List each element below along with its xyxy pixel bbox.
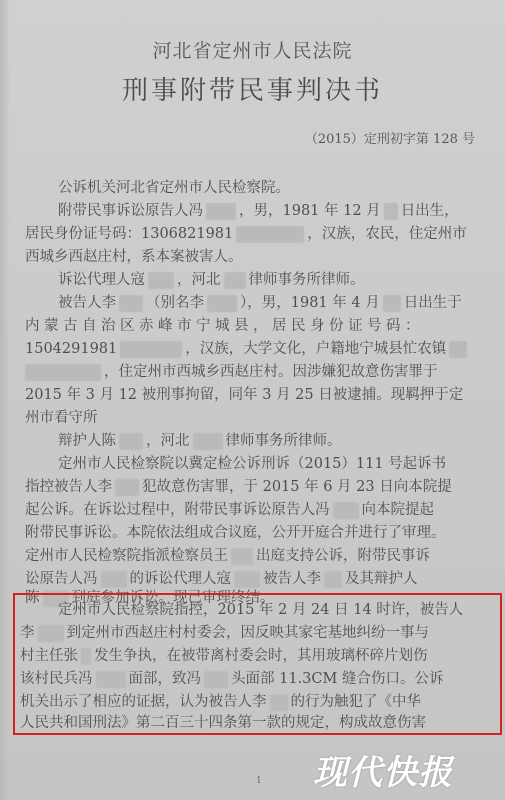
case-number: （2015）定刑初字第 128 号: [305, 128, 475, 147]
text: 李: [20, 625, 35, 641]
defendant-line-2: 内蒙古自治区赤峰市宁城县，居民身份证号码：: [25, 316, 485, 336]
highlight-line-1: 定州市人民检察院指控，2015 年 2 月 24 日 14 时许，被告人: [58, 600, 485, 620]
text: 诉讼代理人寇: [58, 272, 145, 288]
procedure-line-1: 定州市人民检察院以冀定检公诉刑诉（2015）111 号起诉书: [58, 454, 485, 474]
page-edge-shadow: [0, 0, 10, 800]
redaction-block: [81, 648, 91, 665]
highlight-line-4: 该村民兵冯面部，致冯头面部 11.3CM 缝合伤口。公诉: [20, 669, 480, 689]
redaction-block: [207, 295, 237, 312]
redaction-block: [270, 694, 288, 711]
defendant-line-6: 州市看守所: [25, 408, 485, 428]
redaction-block: [206, 203, 236, 220]
redaction-block: [119, 295, 143, 312]
text: ，河北: [146, 433, 190, 449]
procedure-line-2: 指控被告人李犯故意伤害罪，于 2015 年 6 月 23 日向本院提: [25, 477, 485, 497]
plaintiff-line-3: 西城乡西赵庄村，系本案被害人。: [25, 247, 485, 267]
defendant-line-3: 1504291981，汉族，大学文化，户籍地宁城县忙农镇: [25, 339, 485, 359]
text: 指控被告人李: [25, 479, 112, 495]
text: 该村民兵冯: [20, 671, 93, 687]
text: 的诉讼代理人寇: [130, 571, 232, 587]
redaction-block: [236, 226, 304, 243]
redaction-block: [101, 571, 127, 588]
text: 头面部 11.3CM 缝合伤口。公诉: [231, 671, 443, 687]
text: 到定州市西赵庄村村委会，因反映其家宅基地纠纷一事与: [67, 625, 430, 641]
text: 1504291981: [25, 341, 117, 357]
text: 发生争执，在被带离村委会时，其用玻璃杯碎片划伤: [94, 648, 428, 664]
text: 的行为触犯了《中华: [291, 694, 422, 710]
text: 定州市人民检察院指派检察员王: [25, 548, 228, 564]
text: 日出生，: [401, 203, 459, 219]
text: 律师事务所律师。: [249, 272, 365, 288]
redaction-block: [234, 571, 260, 588]
agent-line: 诉讼代理人寇，河北律师事务所律师。: [58, 270, 485, 290]
redaction-block: [119, 433, 143, 450]
prosecutor-line: 公诉机关河北省定州市人民检察院。: [58, 178, 485, 198]
text: 被告人李: [263, 571, 321, 587]
text: 向本院提起: [362, 502, 435, 518]
highlight-line-3: 村主任张发生争执，在被带离村委会时，其用玻璃杯碎片划伤: [20, 646, 480, 666]
text: 辩护人陈: [58, 433, 116, 449]
text: 犯故意伤害罪，于 2015 年 6 月 23 日向本院提: [142, 479, 452, 495]
text: ，汉族，大学文化，户籍地宁城县忙农镇: [185, 341, 446, 357]
court-name: 河北省定州市人民法院: [0, 36, 505, 63]
text: ），男，1981 年 4 月: [240, 295, 380, 311]
text: 面部，致冯: [129, 671, 202, 687]
text: 起公诉。在诉讼过程中，附带民事诉讼原告人冯: [25, 502, 330, 518]
text: 及其辩护人: [345, 571, 418, 587]
redaction-block: [148, 272, 174, 289]
redaction-block: [384, 203, 398, 220]
text: ，男，1981 年 12 月: [239, 203, 381, 219]
text: 出庭支持公诉，附带民事诉: [256, 548, 430, 564]
redaction-block: [96, 671, 126, 688]
plaintiff-line-2: 居民身份证号码：1306821981，汉族，农民，住定州市: [25, 224, 485, 244]
text: ，住定州市西城乡西赵庄村。因涉嫌犯故意伤害罪于: [104, 364, 438, 380]
redaction-block: [231, 548, 253, 565]
plaintiff-line-1: 附带民事诉讼原告人冯，男，1981 年 12 月日出生，: [58, 201, 485, 221]
redaction-block: [383, 295, 401, 312]
defendant-line-1: 被告人李（别名李），男，1981 年 4 月日出生于: [58, 293, 485, 313]
page-number: 1: [256, 776, 262, 786]
redaction-block: [224, 272, 246, 289]
procedure-line-6: 讼原告人冯的诉讼代理人寇被告人李及其辩护人: [25, 569, 485, 589]
redaction-block: [115, 479, 139, 496]
procedure-line-3: 起公诉。在诉讼过程中，附带民事诉讼原告人冯向本院提起: [25, 500, 485, 520]
redaction-block: [449, 341, 467, 358]
procedure-line-4: 附带民事诉讼。本院依法组成合议庭，公开开庭合并进行了审理。: [25, 523, 485, 543]
redaction-block: [333, 502, 359, 519]
text: 附带民事诉讼原告人冯: [58, 203, 203, 219]
highlight-line-6: 人民共和国刑法》第二百三十四条第一款的规定，构成故意伤害: [20, 713, 480, 733]
redaction-block: [324, 571, 342, 588]
highlight-line-5: 机关出示了相应的证据，认为被告人李的行为触犯了《中华: [20, 692, 480, 712]
scanned-document-page: 河北省定州市人民法院 刑事附带民事判决书 （2015）定刑初字第 128 号 公…: [0, 0, 505, 800]
text: 机关出示了相应的证据，认为被告人李: [20, 694, 267, 710]
defendant-line-5: 2015 年 3 月 12 被刑事拘留，同年 3 月 25 日被逮捕。现羁押于定: [25, 385, 485, 405]
redaction-block: [204, 671, 228, 688]
redaction-block: [193, 433, 223, 450]
text: 被告人李: [58, 295, 116, 311]
redaction-block: [25, 364, 101, 381]
text: ，河北: [177, 272, 221, 288]
text: （别名李: [146, 295, 204, 311]
text: 居民身份证号码：1306821981: [25, 226, 233, 242]
procedure-line-5: 定州市人民检察院指派检察员王出庭支持公诉，附带民事诉: [25, 546, 485, 566]
defender-line: 辩护人陈，河北律师事务所律师。: [58, 431, 485, 451]
document-title: 刑事附带民事判决书: [0, 70, 505, 107]
redaction-block: [120, 341, 182, 358]
highlight-line-2: 李到定州市西赵庄村村委会，因反映其家宅基地纠纷一事与: [20, 623, 480, 643]
text: 讼原告人冯: [25, 571, 98, 587]
text: 日出生于: [404, 295, 462, 311]
text: 村主任张: [20, 648, 78, 664]
text: ，汉族，农民，住定州市: [307, 226, 467, 242]
defendant-line-4: ，住定州市西城乡西赵庄村。因涉嫌犯故意伤害罪于: [25, 362, 485, 382]
text: 律师事务所律师。: [226, 433, 342, 449]
redaction-block: [38, 625, 64, 642]
publisher-watermark: 现代快报: [313, 745, 453, 794]
